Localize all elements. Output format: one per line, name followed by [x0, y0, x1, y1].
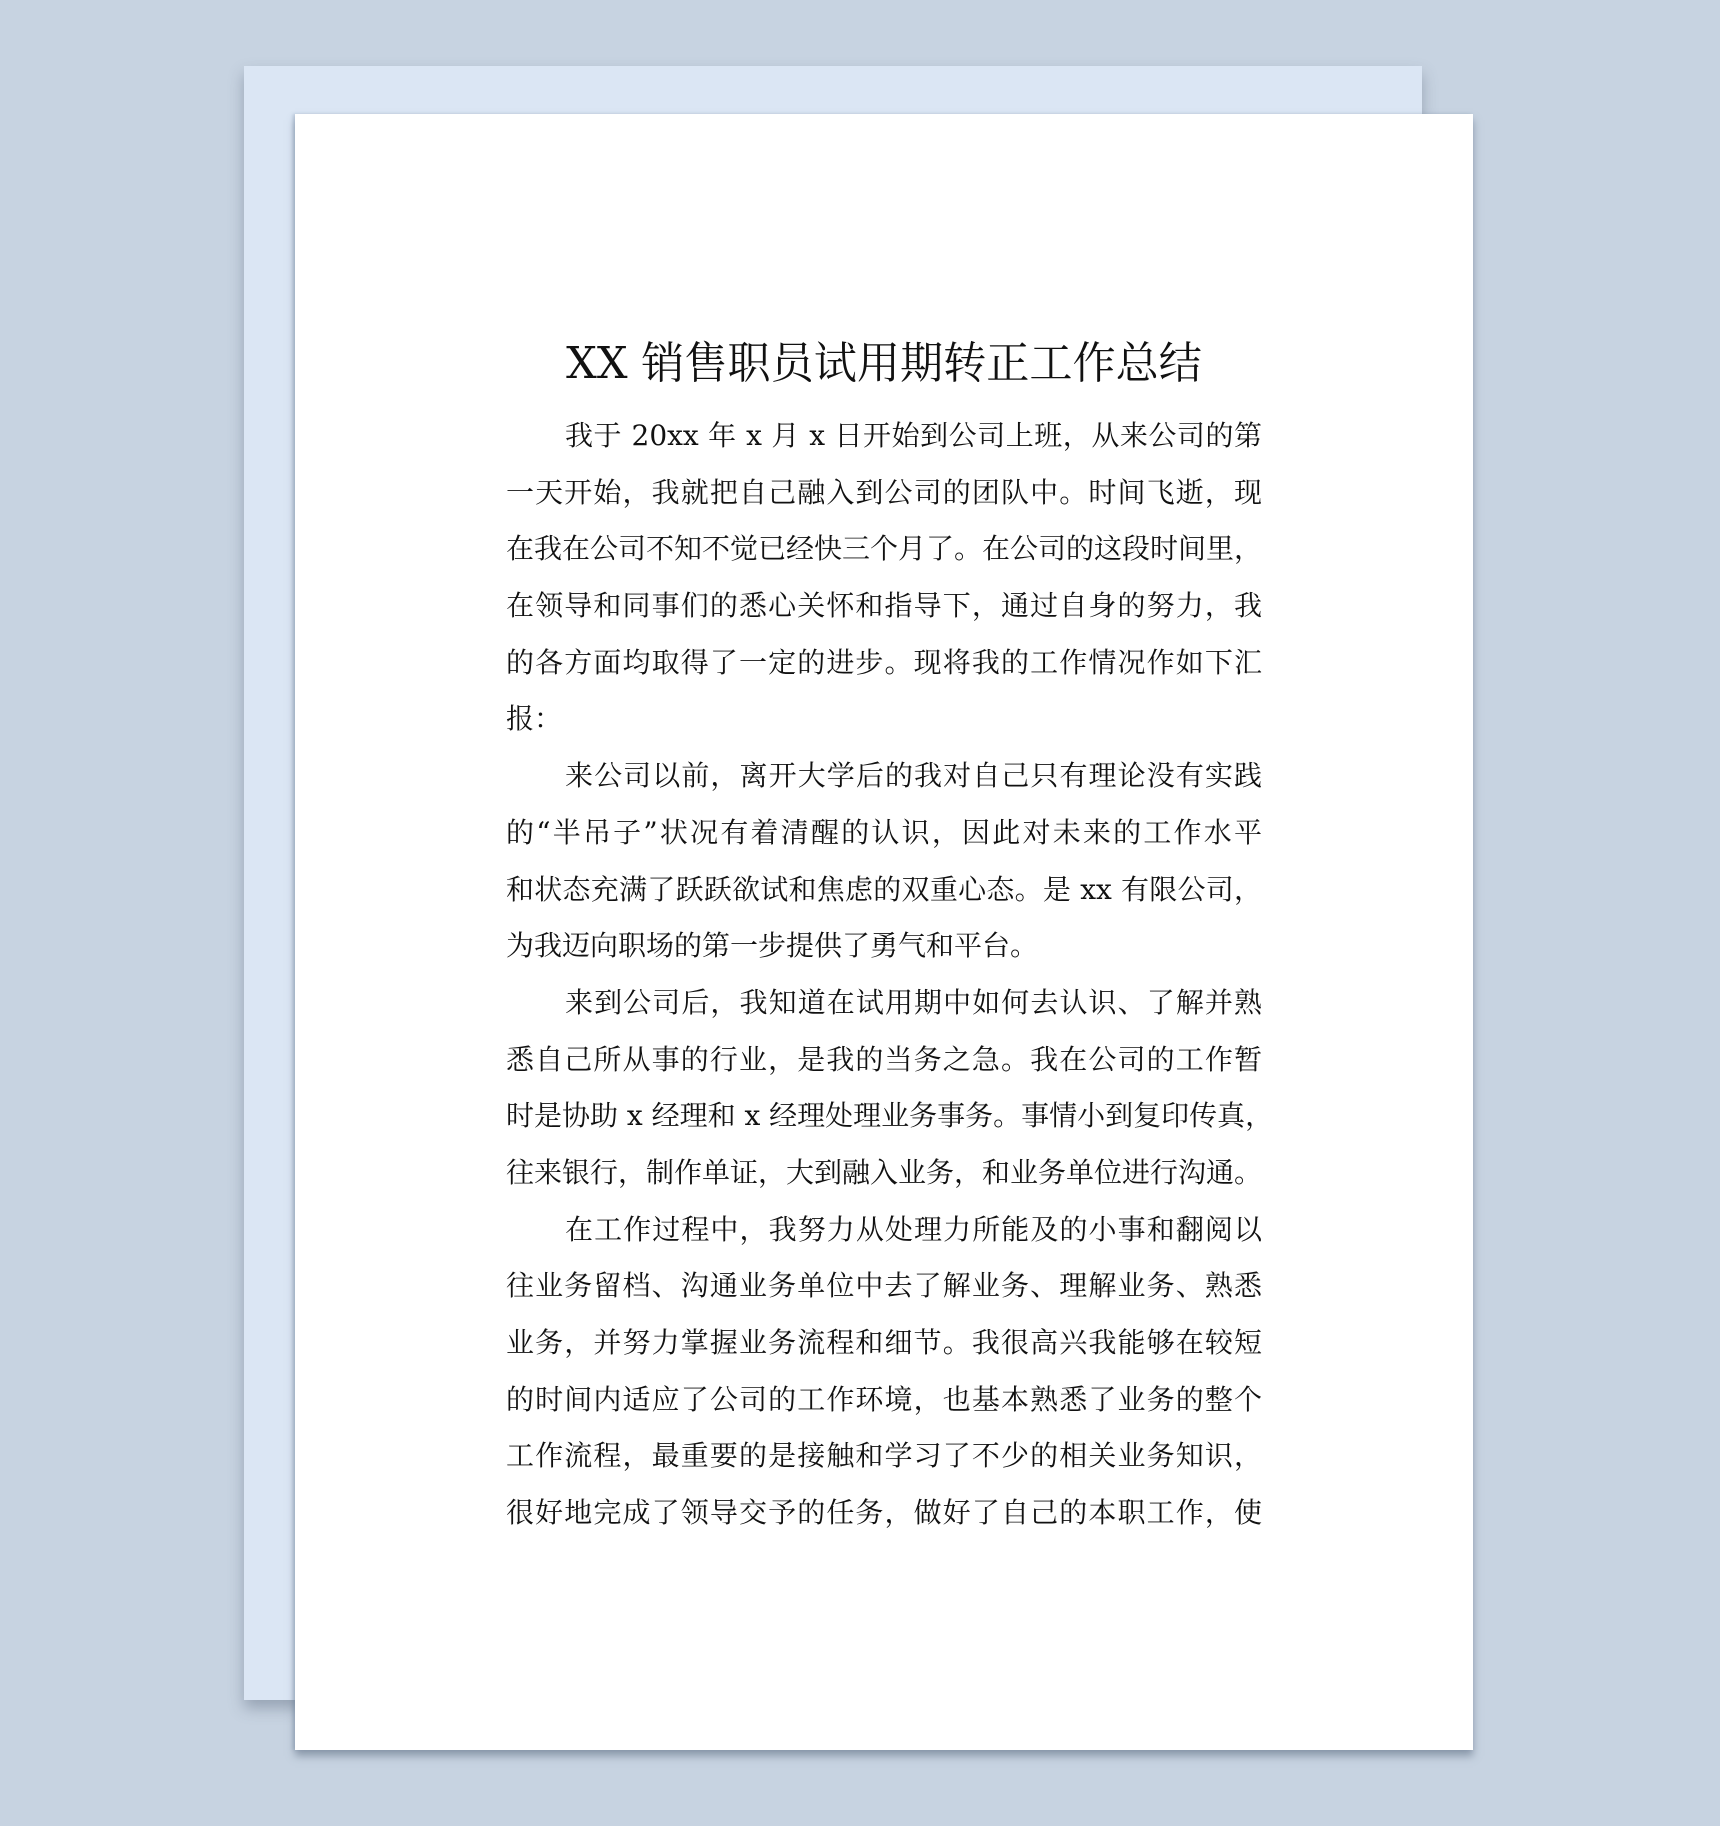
paragraph: 来到公司后，我知道在试用期中如何去认识、了解并熟 悉自己所从事的行业，是我的当务…	[506, 975, 1262, 1202]
text-line: 工作流程，最重要的是接触和学习了不少的相关业务知识，	[506, 1428, 1262, 1485]
text-line: 时是协助 x 经理和 x 经理处理业务事务。事情小到复印传真，	[506, 1088, 1262, 1145]
text-line: 悉自己所从事的行业，是我的当务之急。我在公司的工作暂	[506, 1032, 1262, 1089]
text-line: 在工作过程中，我努力从处理力所能及的小事和翻阅以	[506, 1202, 1262, 1259]
text-line: 往来银行，制作单证，大到融入业务，和业务单位进行沟通。	[506, 1145, 1262, 1202]
text-line: 在我在公司不知不觉已经快三个月了。在公司的这段时间里，	[506, 521, 1262, 578]
document-title: XX 销售职员试用期转正工作总结	[307, 336, 1461, 392]
text-line: 来公司以前，离开大学后的我对自己只有理论没有实践	[506, 748, 1262, 805]
text-line: 和状态充满了跃跃欲试和焦虑的双重心态。是 xx 有限公司，	[506, 862, 1262, 919]
document-page: XX 销售职员试用期转正工作总结 我于 20xx 年 x 月 x 日开始到公司上…	[295, 114, 1473, 1750]
text-line: 的各方面均取得了一定的进步。现将我的工作情况作如下汇	[506, 635, 1262, 692]
document-body: 我于 20xx 年 x 月 x 日开始到公司上班，从来公司的第 一天开始，我就把…	[506, 408, 1262, 1542]
paragraph: 在工作过程中，我努力从处理力所能及的小事和翻阅以 往业务留档、沟通业务单位中去了…	[506, 1202, 1262, 1542]
text-line: 我于 20xx 年 x 月 x 日开始到公司上班，从来公司的第	[506, 408, 1262, 465]
paragraph: 来公司以前，离开大学后的我对自己只有理论没有实践 的“半吊子”状况有着清醒的认识…	[506, 748, 1262, 975]
text-line: 报：	[506, 691, 1262, 748]
text-line: 来到公司后，我知道在试用期中如何去认识、了解并熟	[506, 975, 1262, 1032]
text-line: 很好地完成了领导交予的任务，做好了自己的本职工作，使	[506, 1485, 1262, 1542]
text-line: 一天开始，我就把自己融入到公司的团队中。时间飞逝，现	[506, 465, 1262, 522]
text-line: 在领导和同事们的悉心关怀和指导下，通过自身的努力，我	[506, 578, 1262, 635]
text-line: 往业务留档、沟通业务单位中去了解业务、理解业务、熟悉	[506, 1258, 1262, 1315]
text-line: 的“半吊子”状况有着清醒的认识，因此对未来的工作水平	[506, 805, 1262, 862]
text-line: 业务，并努力掌握业务流程和细节。我很高兴我能够在较短	[506, 1315, 1262, 1372]
text-line: 的时间内适应了公司的工作环境，也基本熟悉了业务的整个	[506, 1372, 1262, 1429]
text-line: 为我迈向职场的第一步提供了勇气和平台。	[506, 918, 1262, 975]
paragraph: 我于 20xx 年 x 月 x 日开始到公司上班，从来公司的第 一天开始，我就把…	[506, 408, 1262, 748]
